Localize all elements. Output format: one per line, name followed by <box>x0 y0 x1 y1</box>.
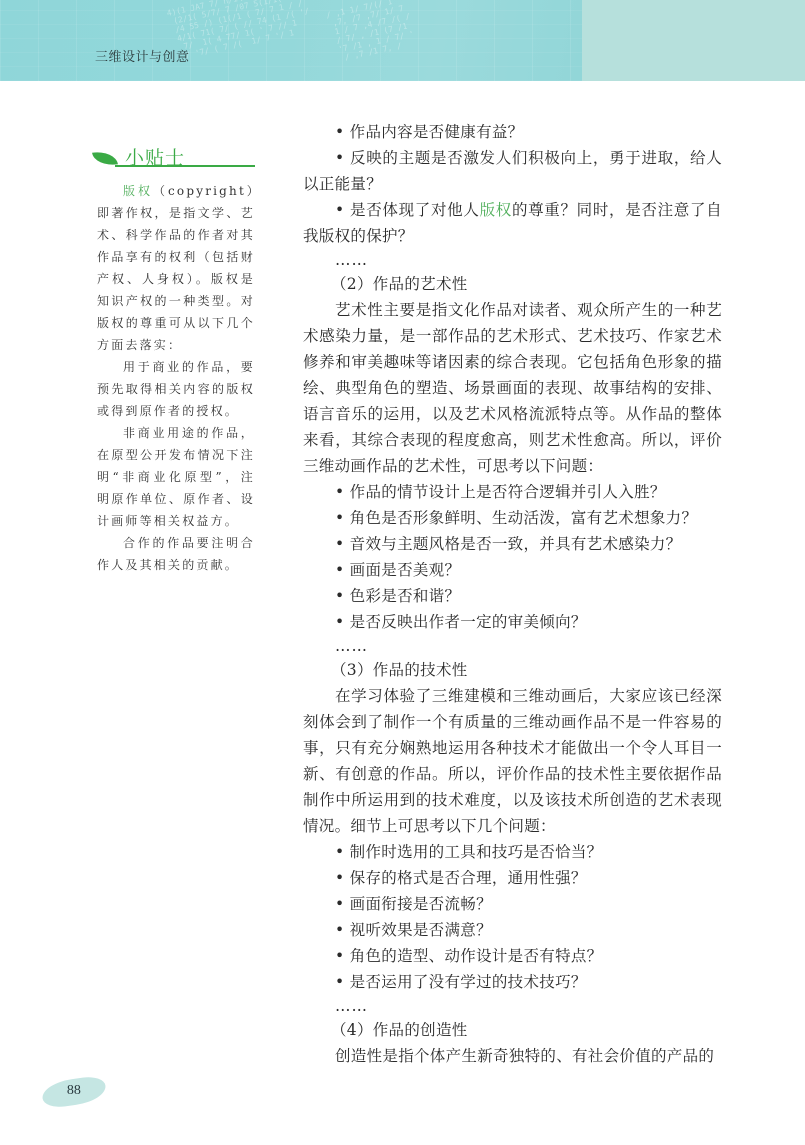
bullet-item: • 是否运用了没有学过的技术技巧？ <box>303 969 722 995</box>
header-band-right <box>582 0 805 81</box>
bullet-item: • 作品内容是否健康有益？ <box>303 119 722 145</box>
ellipsis: …… <box>303 249 722 271</box>
bullet-item: • 作品的情节设计上是否符合逻辑并引人入胜？ <box>303 479 722 505</box>
bullet-item: • 画面衔接是否流畅？ <box>303 891 722 917</box>
bullet-item: • 角色是否形象鲜明、生动活泼，富有艺术想象力？ <box>303 505 722 531</box>
tip-paragraph: 合作的作品要注明合作人及其相关的贡献。 <box>97 532 255 576</box>
page-header: 4)(1 JA7 7/ h/1\ l /(1 1(1 (2/1( 5/7/ 7 … <box>0 0 805 81</box>
bullet-item: • 是否体现了对他人版权的尊重？同时，是否注意了自我版权的保护？ <box>303 197 722 249</box>
bullet-item: • 色彩是否和谐？ <box>303 583 722 609</box>
bullet-item: • 制作时选用的工具和技巧是否恰当？ <box>303 839 722 865</box>
bullet-item: • 角色的造型、动作设计是否有特点？ <box>303 943 722 969</box>
tip-paragraph: 用于商业的作品，要预先取得相关内容的版权或得到原作者的授权。 <box>97 356 255 422</box>
header-band-decorative: 4)(1 JA7 7/ h/1\ l /(1 1(1 (2/1( 5/7/ 7 … <box>0 0 582 81</box>
section-body: 艺术性主要是指文化作品对读者、观众所产生的一种艺术感染力量，是一部作品的艺术形式… <box>303 297 722 479</box>
ellipsis: …… <box>303 995 722 1017</box>
bullet-item: • 画面是否美观？ <box>303 557 722 583</box>
main-content: • 作品内容是否健康有益？ • 反映的主题是否激发人们积极向上，勇于进取，给人以… <box>303 119 722 1069</box>
page-number-badge: 88 <box>41 1075 108 1110</box>
book-title: 三维设计与创意 <box>95 46 190 65</box>
bullet-item: • 保存的格式是否合理，通用性强？ <box>303 865 722 891</box>
ellipsis: …… <box>303 635 722 657</box>
section-heading: （3）作品的技术性 <box>303 657 722 683</box>
highlight-term: 版权 <box>123 184 153 198</box>
section-body: 在学习体验了三维建模和三维动画后，大家应该已经深刻体会到了制作一个有质量的三维动… <box>303 683 722 839</box>
tip-paragraph: 非商业用途的作品，在原型公开发布情况下注明“非商业化原型”，注明原作单位、原作者… <box>97 422 255 532</box>
page-number: 88 <box>42 1083 106 1099</box>
highlight-term: 版权 <box>480 201 512 219</box>
bullet-item: • 视听效果是否满意？ <box>303 917 722 943</box>
bullet-item: • 是否反映出作者一定的审美倾向？ <box>303 609 722 635</box>
tip-underline <box>115 165 255 167</box>
tip-body: 版权（copyright）即著作权，是指文学、艺术、科学作品的作者对其作品享有的… <box>93 180 255 576</box>
tip-box: 小贴士 版权（copyright）即著作权，是指文学、艺术、科学作品的作者对其作… <box>93 143 255 576</box>
tip-paragraph: 版权（copyright）即著作权，是指文学、艺术、科学作品的作者对其作品享有的… <box>97 180 255 356</box>
bullet-item: • 音效与主题风格是否一致，并具有艺术感染力？ <box>303 531 722 557</box>
bullet-item: • 反映的主题是否激发人们积极向上，勇于进取，给人以正能量？ <box>303 145 722 197</box>
section-heading: （4）作品的创造性 <box>303 1017 722 1043</box>
section-body: 创造性是指个体产生新奇独特的、有社会价值的产品的 <box>303 1043 722 1069</box>
tip-header: 小贴士 <box>93 143 255 169</box>
section-heading: （2）作品的艺术性 <box>303 271 722 297</box>
